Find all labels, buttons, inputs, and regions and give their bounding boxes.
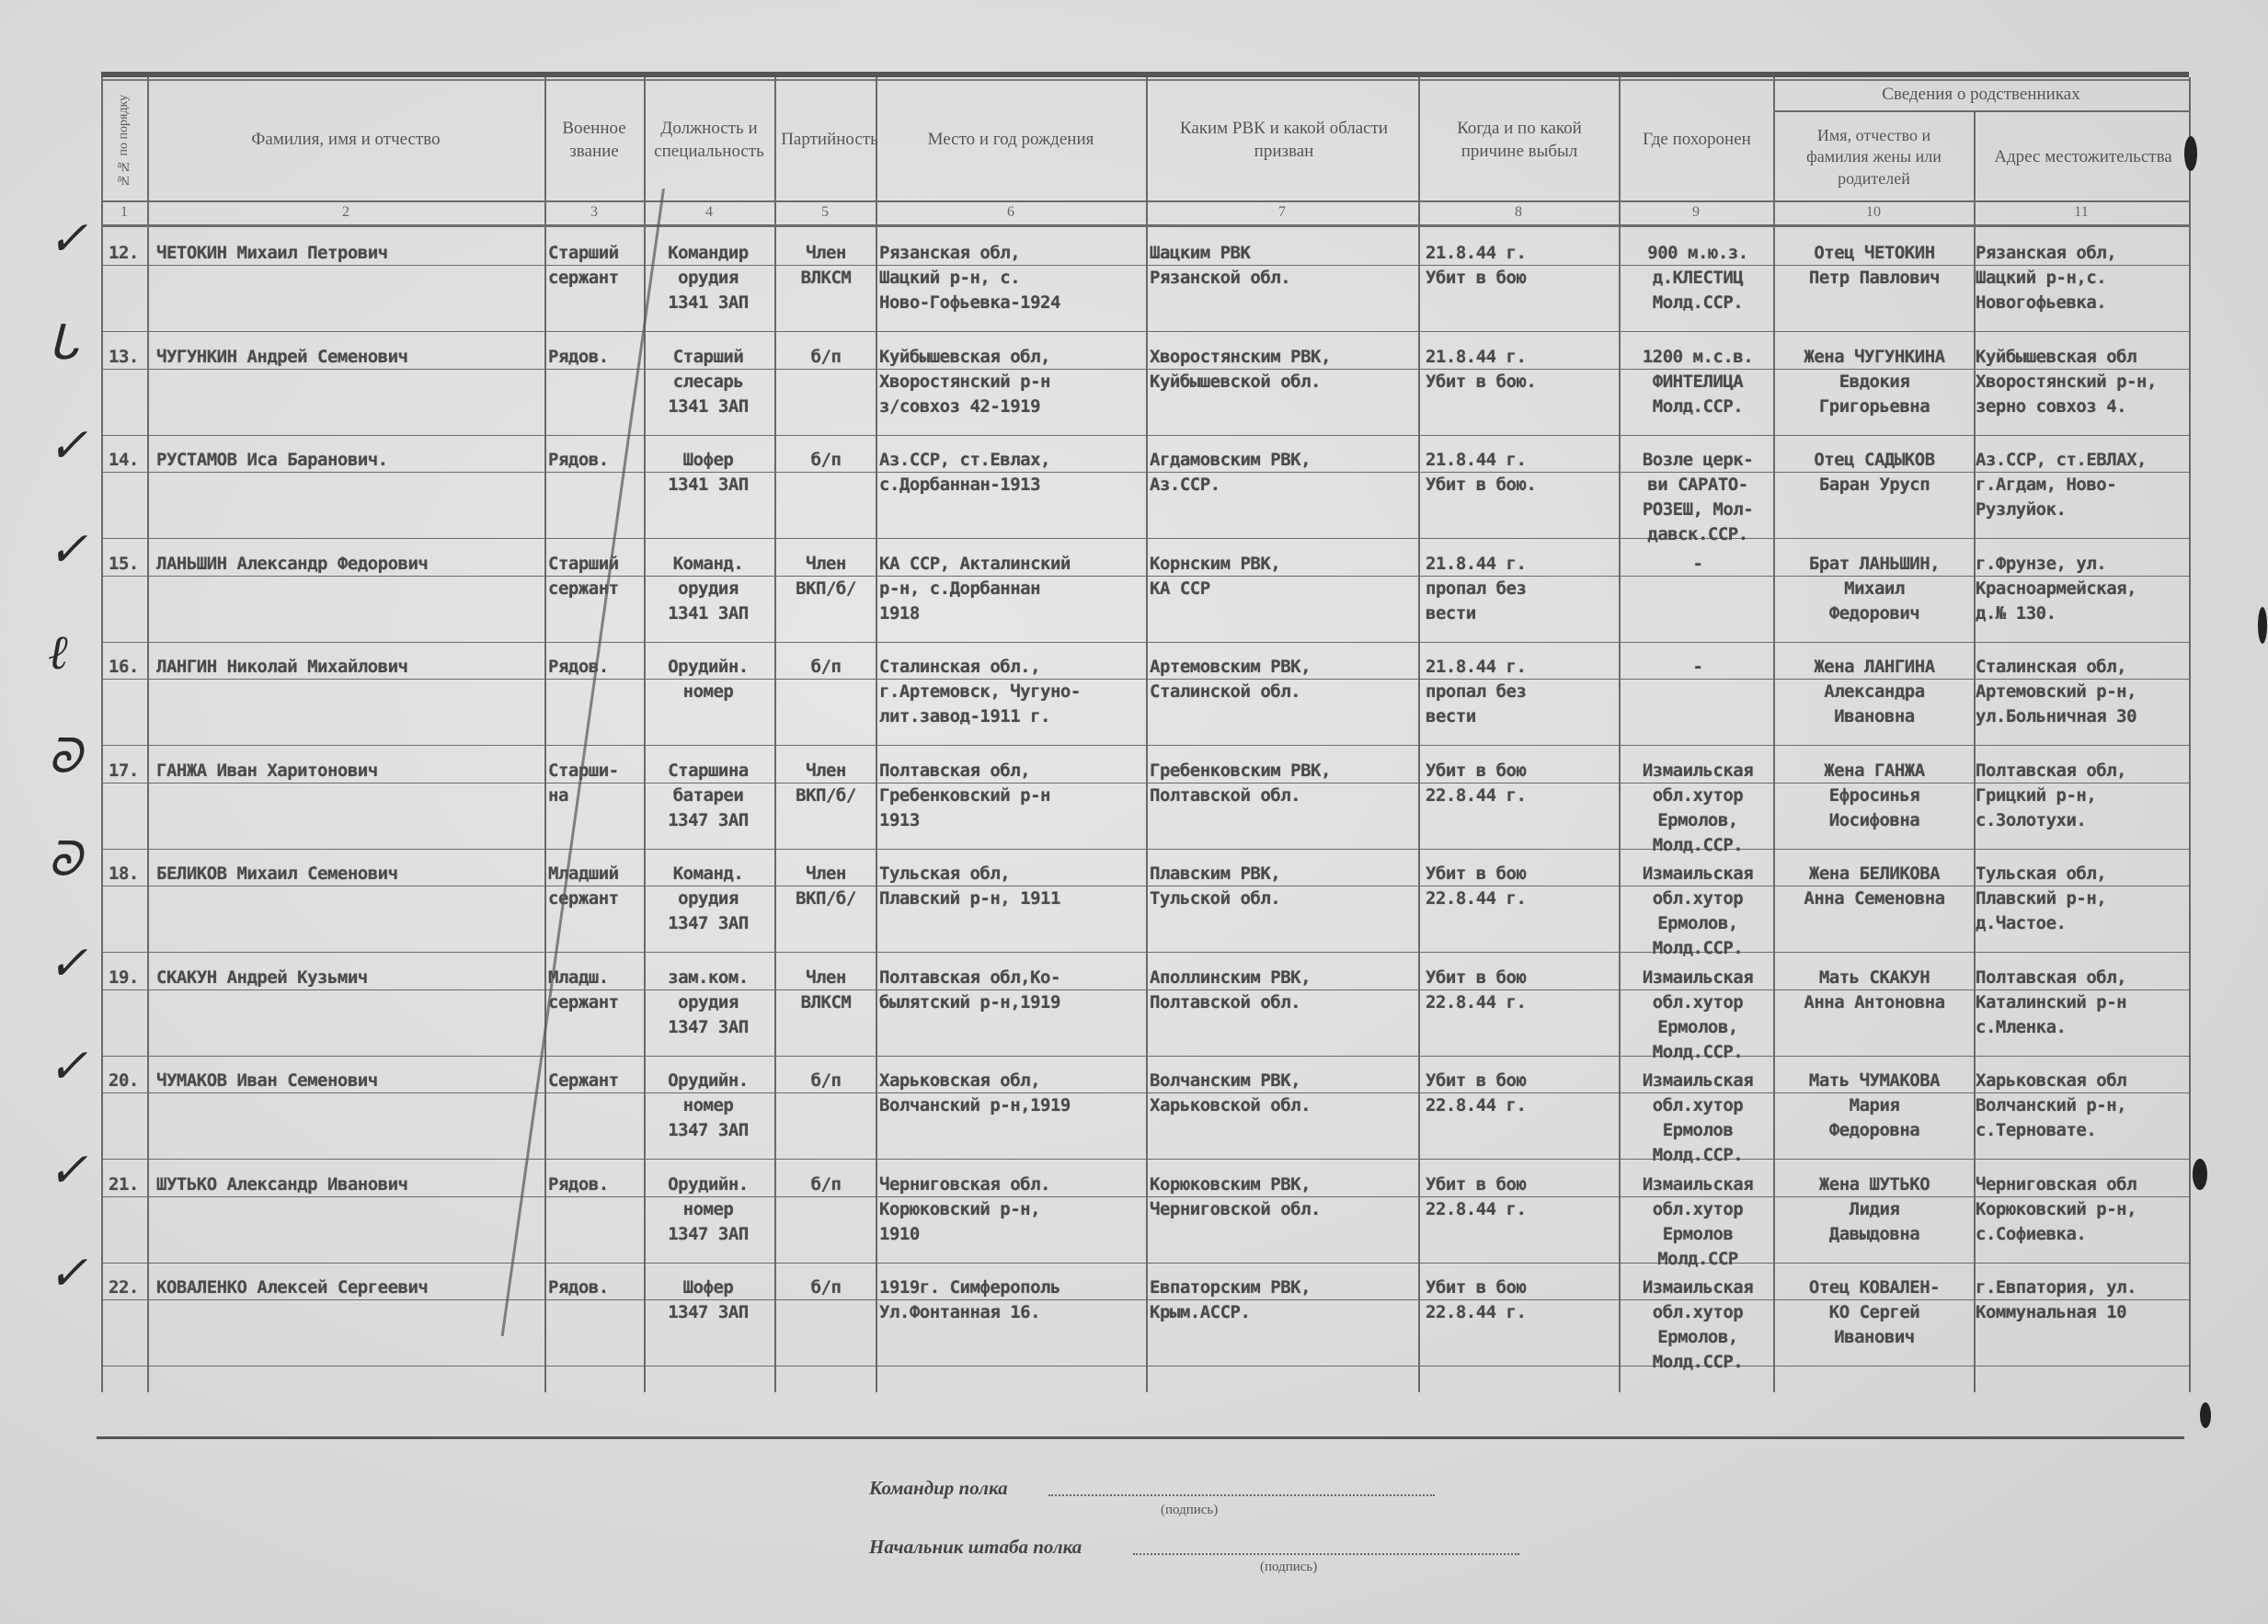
header-col-4: Должность и специальность — [644, 83, 774, 198]
document-page: №№ по порядку Фамилия, имя и отчество До… — [0, 0, 2268, 1624]
cell-party: б/п — [778, 345, 874, 370]
cell-when: 21.8.44 г. пропал без вести — [1426, 552, 1619, 626]
col-border — [544, 77, 546, 1392]
cell-no: 14. — [109, 448, 145, 473]
cell-buried: - — [1621, 552, 1775, 577]
cell-rvk: Хворостянским РВК, Куйбышевской обл. — [1150, 345, 1416, 395]
margin-check-icon: ᘐ — [48, 729, 82, 785]
margin-check-icon: ✓ — [48, 1143, 88, 1198]
cell-position: Орудийн. номер 1347 ЗАП — [646, 1172, 771, 1247]
col-number: 3 — [544, 204, 644, 221]
cell-no: 16. — [109, 655, 145, 680]
cell-name: РУСТАМОВ Иса Баранович. — [156, 448, 543, 473]
cell-birth: Харьковская обл, Волчанский р-н,1919 — [879, 1069, 1146, 1118]
cell-no: 20. — [109, 1069, 145, 1093]
col-number: 6 — [876, 204, 1146, 221]
col-border — [1418, 77, 1420, 1392]
cell-relative: Жена ШУТЬКО Лидия Давыдовна — [1775, 1172, 1974, 1247]
margin-check-icon: ✓ — [48, 1039, 88, 1094]
cell-buried: Измаильская обл.хутор Ермолов Молд.ССР. — [1621, 1069, 1775, 1168]
cell-rvk: Гребенковским РВК, Полтавской обл. — [1150, 759, 1416, 808]
cell-buried: - — [1621, 655, 1775, 680]
margin-check-icon: ᒐ — [48, 315, 78, 371]
col-border — [774, 77, 776, 1392]
commander-signature-caption: (подпись) — [1161, 1503, 1218, 1518]
col-border — [101, 77, 103, 1392]
cell-relative: Жена ЛАНГИНА Александра Ивановна — [1775, 655, 1974, 729]
cell-no: 22. — [109, 1275, 145, 1300]
cell-relative: Жена БЕЛИКОВА Анна Семеновна — [1775, 862, 1974, 911]
header-col-7: Каким РВК и какой области призван — [1164, 83, 1403, 198]
chief-of-staff-signature-caption: (подпись) — [1260, 1560, 1317, 1575]
col-number: 7 — [1146, 204, 1418, 221]
cell-relative: Брат ЛАНЬШИН, Михаил Федорович — [1775, 552, 1974, 626]
header-col-9: Где похоронен — [1628, 83, 1766, 198]
group-header-rule — [1773, 110, 2189, 112]
cell-buried: Измаильская обл.хутор Ермолов, Молд.ССР. — [1621, 1275, 1775, 1375]
top-rule — [101, 72, 2189, 77]
cell-rank: Рядов. — [548, 345, 644, 370]
row-rule — [101, 1056, 2189, 1057]
chief-of-staff-label: Начальник штаба полка — [869, 1536, 1082, 1559]
cell-position: Шофер 1341 ЗАП — [646, 448, 771, 497]
header-col-10: Имя, отчество и фамилия жены или родител… — [1789, 114, 1959, 200]
cell-no: 18. — [109, 862, 145, 886]
cell-name: БЕЛИКОВ Михаил Семенович — [156, 862, 543, 886]
cell-relative: Отец КОВАЛЕН- КО Сергей Иванович — [1775, 1275, 1974, 1350]
cell-buried: Возле церк- ви САРАТО- РОЗЕШ, Мол- давск… — [1621, 448, 1775, 547]
margin-check-icon: ✓ — [48, 936, 88, 991]
header-col-5: Партийность — [784, 83, 876, 198]
margin-check-icon: ✓ — [48, 1246, 88, 1301]
cell-rank: Старший сержант — [548, 241, 644, 291]
cell-no: 19. — [109, 966, 145, 990]
cell-when: Убит в бою 22.8.44 г. — [1426, 966, 1619, 1015]
col-number: 9 — [1619, 204, 1773, 221]
cell-rank: Рядов. — [548, 1275, 644, 1300]
row-rule — [101, 1263, 2189, 1264]
cell-rvk: Корнским РВК, КА ССР — [1150, 552, 1416, 601]
cell-birth: Куйбышевская обл, Хворостянский р-н з/со… — [879, 345, 1146, 419]
cell-rank: Младш. сержант — [548, 966, 644, 1015]
cell-position: Орудийн. номер 1347 ЗАП — [646, 1069, 771, 1143]
cell-when: 21.8.44 г. Убит в бою. — [1426, 448, 1619, 497]
cell-rvk: Шацким РВК Рязанской обл. — [1150, 241, 1416, 291]
cell-address: Куйбышевская обл Хворостянский р-н, зерн… — [1976, 345, 2196, 419]
cell-birth: Черниговская обл. Корюковский р-н, 1910 — [879, 1172, 1146, 1247]
cell-no: 21. — [109, 1172, 145, 1197]
cell-address: Тульская обл, Плавский р-н, д.Частое. — [1976, 862, 2196, 936]
cell-when: Убит в бою 22.8.44 г. — [1426, 1172, 1619, 1222]
cell-rank: Сержант — [548, 1069, 644, 1093]
header-col-6: Место и год рождения — [876, 83, 1146, 198]
cell-relative: Жена ЧУГУНКИНА Евдокия Григорьевна — [1775, 345, 1974, 419]
header-rule-bottom — [101, 224, 2189, 227]
margin-check-icon: ℓ — [48, 625, 68, 680]
header-col-2: Фамилия, имя и отчество — [147, 83, 544, 198]
cell-buried: Измаильская обл.хутор Ермолов, Молд.ССР. — [1621, 759, 1775, 858]
cell-rvk: Аполлинским РВК, Полтавской обл. — [1150, 966, 1416, 1015]
cell-rank: Старши- на — [548, 759, 644, 808]
cell-position: Команд. орудия 1341 ЗАП — [646, 552, 771, 626]
col-border — [147, 77, 149, 1392]
cell-party: б/п — [778, 1275, 874, 1300]
cell-no: 13. — [109, 345, 145, 370]
cell-name: ЛАНГИН Николай Михайлович — [156, 655, 543, 680]
cell-when: 21.8.44 г. Убит в бою — [1426, 241, 1619, 291]
cell-position: Командир орудия 1341 ЗАП — [646, 241, 771, 315]
cell-name: СКАКУН Андрей Кузьмич — [156, 966, 543, 990]
row-rule — [101, 331, 2189, 332]
cell-position: зам.ком. орудия 1347 ЗАП — [646, 966, 771, 1040]
margin-check-icon: ✓ — [48, 212, 88, 267]
cell-birth: Аз.ССР, ст.Евлах, с.Дорбаннан-1913 — [879, 448, 1146, 497]
cell-rvk: Волчанским РВК, Харьковской обл. — [1150, 1069, 1416, 1118]
cell-position: Шофер 1347 ЗАП — [646, 1275, 771, 1325]
cell-no: 17. — [109, 759, 145, 783]
row-rule — [101, 642, 2189, 643]
row-rule — [101, 1159, 2189, 1160]
cell-party: Член ВЛКСМ — [778, 241, 874, 291]
header-col-11: Адрес местожительства — [1987, 114, 2180, 200]
cell-birth: КА ССР, Акталинский р-н, с.Дорбаннан 191… — [879, 552, 1146, 626]
cell-when: 21.8.44 г. Убит в бою. — [1426, 345, 1619, 395]
cell-buried: Измаильская обл.хутор Ермолов, Молд.ССР. — [1621, 862, 1775, 961]
cell-rvk: Агдамовским РВК, Аз.ССР. — [1150, 448, 1416, 497]
cell-birth: Сталинская обл., г.Артемовск, Чугуно- ли… — [879, 655, 1146, 729]
cell-party: Член ВКП/б/ — [778, 552, 874, 601]
row-rule — [101, 952, 2189, 953]
cell-when: Убит в бою 22.8.44 г. — [1426, 759, 1619, 808]
cell-no: 12. — [109, 241, 145, 266]
cell-when: Убит в бою 22.8.44 г. — [1426, 862, 1619, 911]
cell-birth: Тульская обл, Плавский р-н, 1911 — [879, 862, 1146, 911]
cell-relative: Мать СКАКУН Анна Антоновна — [1775, 966, 1974, 1015]
cell-address: Черниговская обл Корюковский р-н, с.Софи… — [1976, 1172, 2196, 1247]
header-relatives-group: Сведения о родственниках — [1773, 79, 2189, 110]
col-border — [1146, 77, 1148, 1392]
punch-hole — [2200, 1402, 2211, 1428]
commander-label: Командир полка — [869, 1477, 1008, 1500]
cell-name: КОВАЛЕНКО Алексей Сергеевич — [156, 1275, 543, 1300]
cell-when: 21.8.44 г. пропал без вести — [1426, 655, 1619, 729]
margin-check-icon: ᘐ — [48, 832, 82, 888]
cell-party: б/п — [778, 1172, 874, 1197]
col-number: 8 — [1418, 204, 1619, 221]
col-number: 2 — [147, 204, 544, 221]
bottom-rule — [97, 1436, 2184, 1439]
cell-rvk: Плавским РВК, Тульской обл. — [1150, 862, 1416, 911]
row-rule — [101, 435, 2189, 436]
cell-name: ЧЕТОКИН Михаил Петрович — [156, 241, 543, 266]
cell-buried: 900 м.ю.з. д.КЛЕСТИЦ Молд.ССР. — [1621, 241, 1775, 315]
cell-address: Сталинская обл, Артемовский р-н, ул.Боль… — [1976, 655, 2196, 729]
cell-party: б/п — [778, 448, 874, 473]
row-rule — [101, 538, 2189, 539]
cell-relative: Отец САДЫКОВ Баран Урусп — [1775, 448, 1974, 497]
cell-rvk: Артемовским РВК, Сталинской обл. — [1150, 655, 1416, 704]
cell-buried: 1200 м.с.в. ФИНТЕЛИЦА Молд.ССР. — [1621, 345, 1775, 419]
cell-buried: Измаильская обл.хутор Ермолов, Молд.ССР. — [1621, 966, 1775, 1065]
cell-rank: Рядов. — [548, 1172, 644, 1197]
row-rule — [101, 1366, 2189, 1367]
cell-position: Старшина батареи 1347 ЗАП — [646, 759, 771, 833]
cell-name: ШУТЬКО Александр Иванович — [156, 1172, 543, 1197]
cell-party: б/п — [778, 1069, 874, 1093]
cell-address: Полтавская обл, Грицкий р-н, с.Золотухи. — [1976, 759, 2196, 833]
punch-hole — [2258, 607, 2267, 644]
cell-name: ГАНЖА Иван Харитонович — [156, 759, 543, 783]
header-col-3: Военное звание — [544, 83, 644, 198]
cell-when: Убит в бою 22.8.44 г. — [1426, 1275, 1619, 1325]
cell-name: ЧУМАКОВ Иван Семенович — [156, 1069, 543, 1093]
cell-rank: Старший сержант — [548, 552, 644, 601]
col-number: 11 — [1974, 204, 2189, 221]
cell-position: Орудийн. номер — [646, 655, 771, 704]
cell-relative: Мать ЧУМАКОВА Мария Федоровна — [1775, 1069, 1974, 1143]
col-number: 4 — [644, 204, 774, 221]
cell-address: Рязанская обл, Шацкий р-н,с. Новогофьевк… — [1976, 241, 2196, 315]
cell-address: г.Евпатория, ул. Коммунальная 10 — [1976, 1275, 2196, 1325]
cell-when: Убит в бою 22.8.44 г. — [1426, 1069, 1619, 1118]
cell-rvk: Евпаторским РВК, Крым.АССР. — [1150, 1275, 1416, 1325]
col-border — [876, 77, 877, 1392]
cell-address: Харьковская обл Волчанский р-н, с.Тернов… — [1976, 1069, 2196, 1143]
cell-name: ЧУГУНКИН Андрей Семенович — [156, 345, 543, 370]
cell-address: Аз.ССР, ст.ЕВЛАХ, г.Агдам, Ново- Рузлуйо… — [1976, 448, 2196, 522]
cell-address: Полтавская обл, Каталинский р-н с.Мленка… — [1976, 966, 2196, 1040]
cell-party: Член ВКП/б/ — [778, 862, 874, 911]
cell-birth: Полтавская обл, Гребенковский р-н 1913 — [879, 759, 1146, 833]
punch-hole — [2193, 1159, 2207, 1190]
cell-address: г.Фрунзе, ул. Красноармейская, д.№ 130. — [1976, 552, 2196, 626]
cell-position: Старший слесарь 1341 ЗАП — [646, 345, 771, 419]
cell-birth: 1919г. Симферополь Ул.Фонтанная 16. — [879, 1275, 1146, 1325]
cell-rank: Рядов. — [548, 448, 644, 473]
row-rule — [101, 745, 2189, 746]
cell-buried: Измаильская обл.хутор Ермолов Молд.ССР — [1621, 1172, 1775, 1272]
header-rule — [101, 200, 2189, 202]
cell-party: Член ВЛКСМ — [778, 966, 874, 1015]
cell-position: Команд. орудия 1347 ЗАП — [646, 862, 771, 936]
cell-birth: Рязанская обл, Шацкий р-н, с. Ново-Гофье… — [879, 241, 1146, 315]
commander-signature-line — [1048, 1493, 1435, 1496]
header-col-1: №№ по порядку — [103, 83, 145, 198]
header-col-8: Когда и по какой причине выбыл — [1437, 83, 1602, 198]
cell-no: 15. — [109, 552, 145, 577]
col-number: 10 — [1773, 204, 1974, 221]
cell-relative: Жена ГАНЖА Ефросинья Иосифовна — [1775, 759, 1974, 833]
chief-of-staff-signature-line — [1133, 1552, 1519, 1555]
cell-party: б/п — [778, 655, 874, 680]
cell-rvk: Корюковским РВК, Черниговской обл. — [1150, 1172, 1416, 1222]
margin-check-icon: ✓ — [48, 522, 88, 578]
col-number: 5 — [774, 204, 876, 221]
cell-relative: Отец ЧЕТОКИН Петр Павлович — [1775, 241, 1974, 291]
cell-party: Член ВКП/б/ — [778, 759, 874, 808]
punch-hole — [2184, 136, 2197, 171]
col-number: 1 — [101, 204, 147, 221]
margin-check-icon: ✓ — [48, 418, 88, 474]
row-rule — [101, 849, 2189, 850]
cell-birth: Полтавская обл,Ко- былятский р-н,1919 — [879, 966, 1146, 1015]
cell-name: ЛАНЬШИН Александр Федорович — [156, 552, 543, 577]
